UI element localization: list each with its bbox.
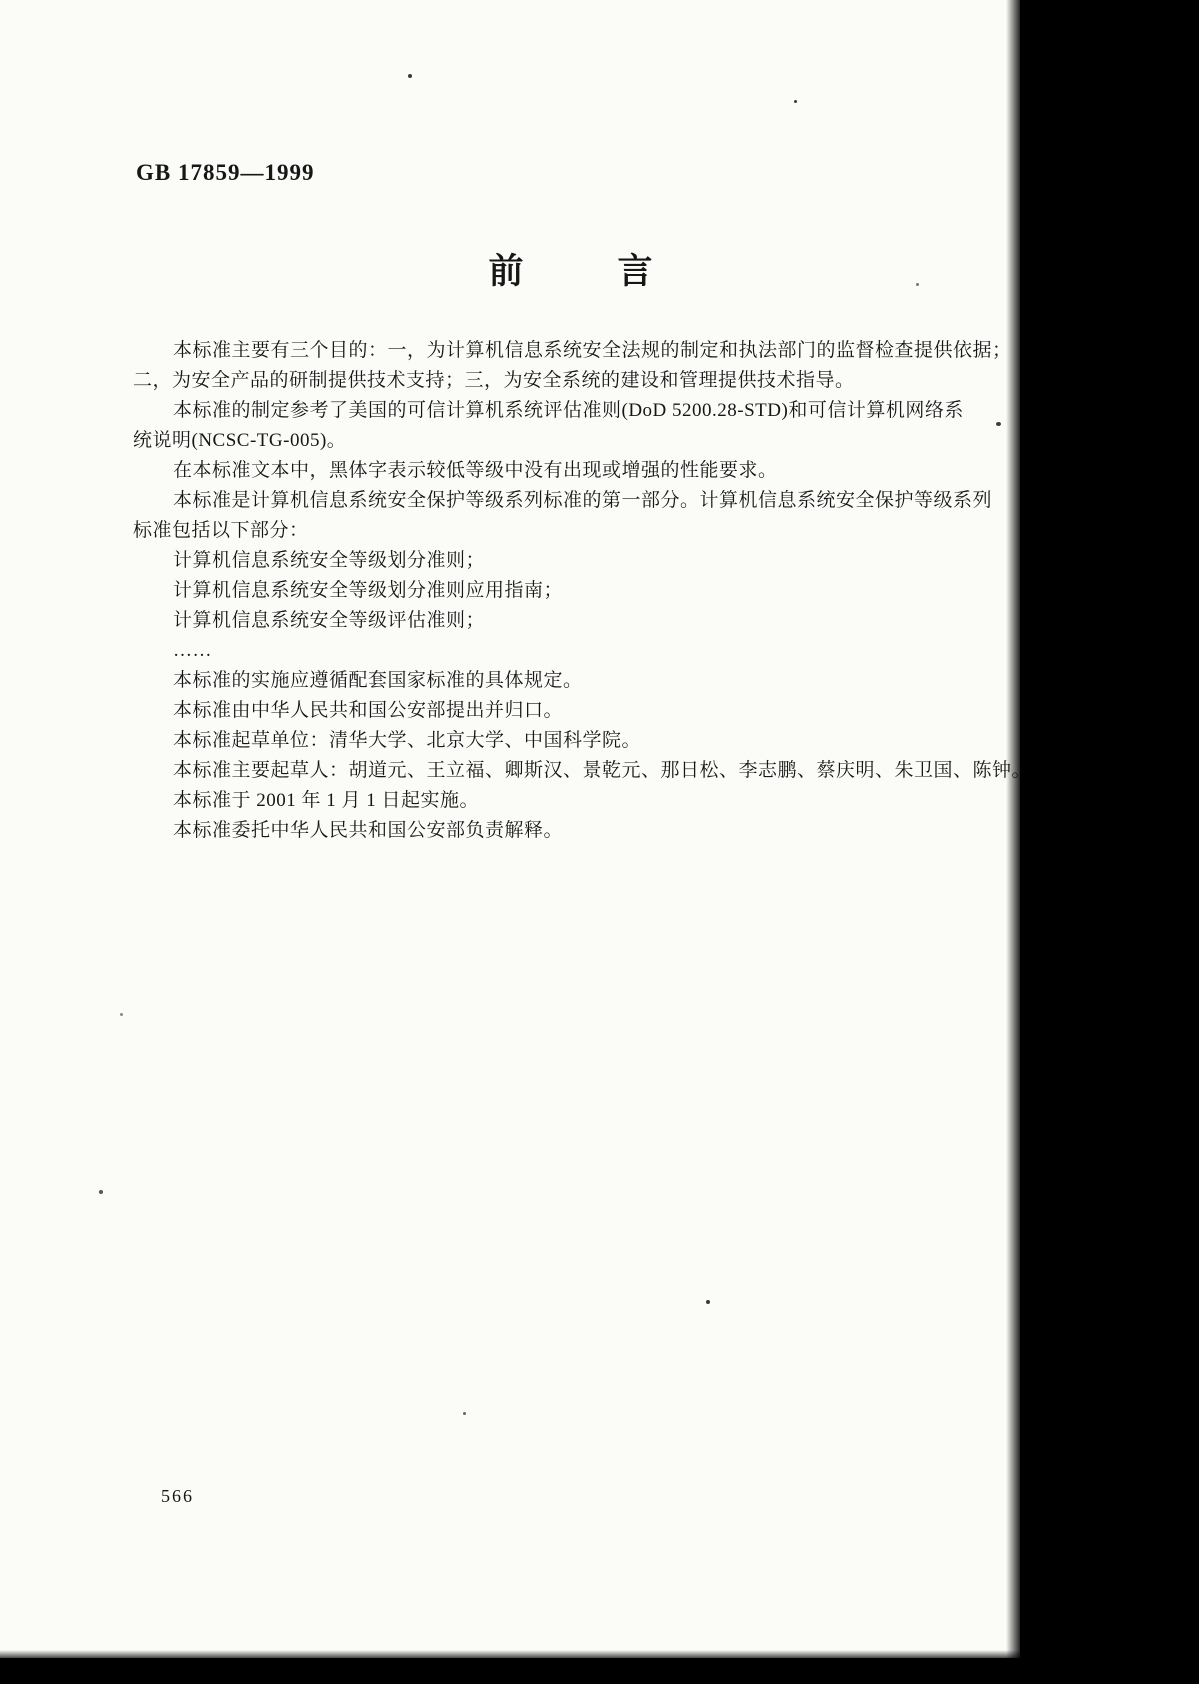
body-line: 计算机信息系统安全等级划分准则； xyxy=(133,546,1023,576)
body-line: 统说明(NCSC-TG-005)。 xyxy=(133,426,1023,456)
body-line: 本标准由中华人民共和国公安部提出并归口。 xyxy=(133,696,1023,726)
body-line: 本标准于 2001 年 1 月 1 日起实施。 xyxy=(133,786,1023,816)
body-line: 本标准委托中华人民共和国公安部负责解释。 xyxy=(133,816,1023,846)
scan-speck xyxy=(916,283,919,286)
page-number: 566 xyxy=(161,1486,194,1507)
body-line: 二，为安全产品的研制提供技术支持；三，为安全系统的建设和管理提供技术指导。 xyxy=(133,366,1023,396)
body-line: 标准包括以下部分： xyxy=(133,516,1023,546)
body-line: 本标准的制定参考了美国的可信计算机系统评估准则(DoD 5200.28-STD)… xyxy=(133,396,1023,426)
scanner-edge-right xyxy=(1020,0,1199,1684)
body-line: 本标准主要起草人：胡道元、王立福、卿斯汉、景乾元、那日松、李志鹏、蔡庆明、朱卫国… xyxy=(133,756,1023,786)
body-line: 计算机信息系统安全等级评估准则； xyxy=(133,606,1023,636)
scanner-edge-bottom xyxy=(0,1658,1199,1684)
scan-speck xyxy=(120,1013,123,1016)
scan-speck xyxy=(706,1300,710,1304)
scan-speck xyxy=(794,100,797,103)
scan-speck xyxy=(99,1190,103,1194)
body-line: 计算机信息系统安全等级划分准则应用指南； xyxy=(133,576,1023,606)
body-line: 本标准的实施应遵循配套国家标准的具体规定。 xyxy=(133,666,1023,696)
body-line: 本标准起草单位：清华大学、北京大学、中国科学院。 xyxy=(133,726,1023,756)
scan-speck xyxy=(408,74,412,78)
scanned-page: GB 17859—1999 前 言 本标准主要有三个目的：一，为计算机信息系统安… xyxy=(0,0,1199,1684)
scan-speck xyxy=(996,422,1001,426)
body-line: 本标准主要有三个目的：一，为计算机信息系统安全法规的制定和执法部门的监督检查提供… xyxy=(133,336,1023,366)
body-line: 在本标准文本中，黑体字表示较低等级中没有出现或增强的性能要求。 xyxy=(133,456,1023,486)
body-line: 本标准是计算机信息系统安全保护等级系列标准的第一部分。计算机信息系统安全保护等级… xyxy=(133,486,1023,516)
body-line: …… xyxy=(133,636,1023,666)
page-title: 前 言 xyxy=(133,244,1016,294)
scan-speck xyxy=(463,1412,466,1415)
standard-code: GB 17859—1999 xyxy=(136,160,314,186)
foreword-body: 本标准主要有三个目的：一，为计算机信息系统安全法规的制定和执法部门的监督检查提供… xyxy=(133,336,1023,846)
